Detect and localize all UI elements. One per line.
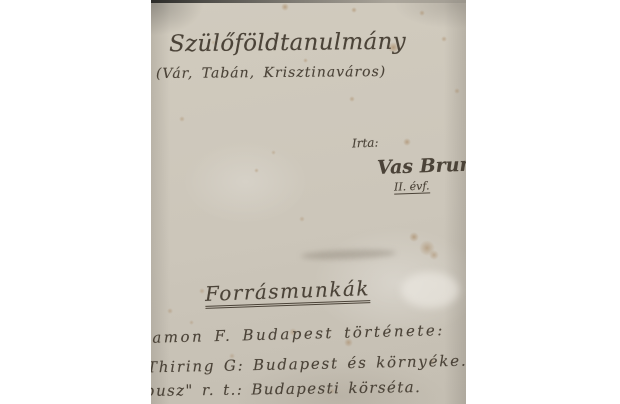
stain-spot <box>189 320 194 325</box>
source-line: busz" r. t.: Budapesti körséta. <box>151 380 421 399</box>
byline-label: Irta: <box>352 137 379 150</box>
source-line: lamon F. Budapest története: <box>151 323 445 346</box>
stain-spot <box>254 168 259 173</box>
sources-heading: Forrásmunkák <box>205 278 371 309</box>
photo-top-edge <box>151 0 466 3</box>
stain-spot <box>271 150 276 155</box>
page: Szülőföldtanulmány (Vár, Tabán, Krisztin… <box>0 0 620 404</box>
stain-spot <box>429 250 439 260</box>
stain-spot <box>281 3 289 11</box>
stain-spot <box>409 232 419 242</box>
stain-spot <box>299 216 305 222</box>
manuscript-title: Szülőföldtanulmány <box>169 31 406 56</box>
stain-spot <box>349 96 355 102</box>
stain-spot <box>441 36 447 42</box>
stain-spot <box>303 58 308 63</box>
stain-spot <box>351 7 357 13</box>
manuscript-photo: Szülőföldtanulmány (Vár, Tabán, Krisztin… <box>151 0 466 404</box>
stain-spot <box>179 116 185 122</box>
author-signature: Vas Bruno <box>377 155 466 178</box>
stain-spot <box>167 308 173 314</box>
stain-spot <box>403 138 411 146</box>
source-line: Thiring G: Budapest és környéke. <box>151 354 466 376</box>
stain-spot <box>419 10 425 16</box>
faded-patch <box>401 272 459 308</box>
ink-smudge <box>301 248 396 260</box>
author-year: II. évf. <box>394 180 430 194</box>
manuscript-subtitle: (Vár, Tabán, Krisztinaváros) <box>156 65 386 81</box>
stain-spot <box>454 88 460 94</box>
